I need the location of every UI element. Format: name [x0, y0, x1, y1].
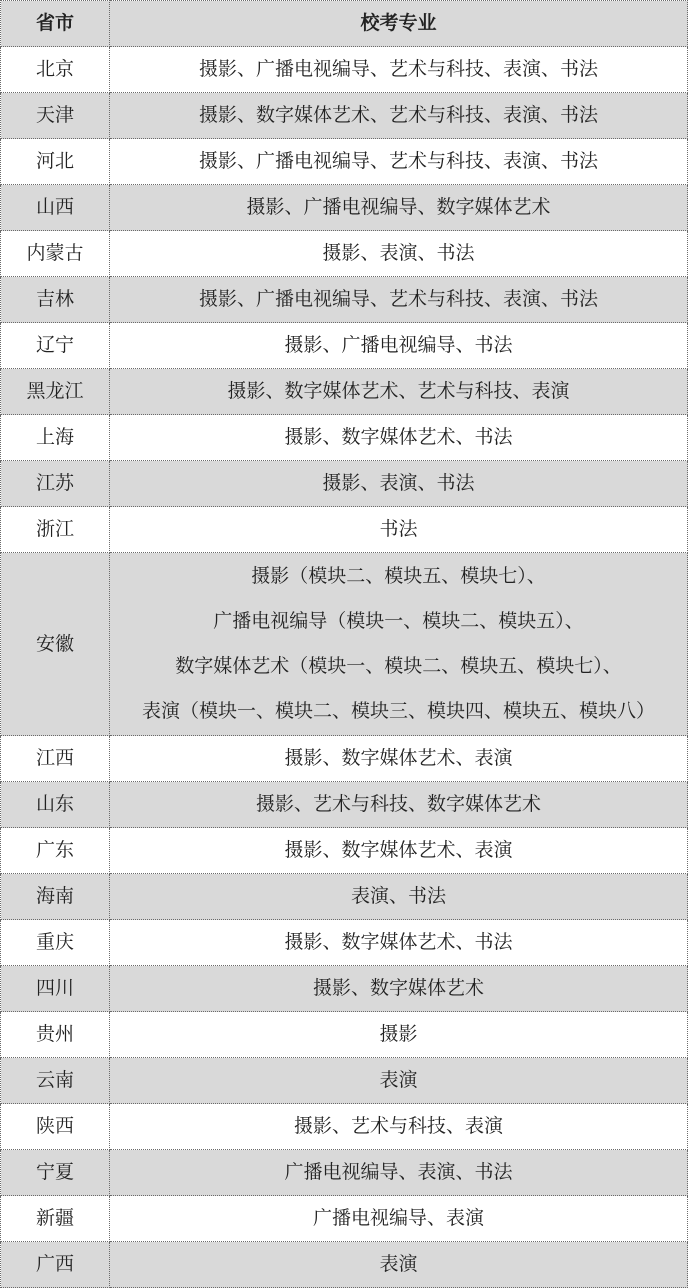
table-row: 山东 摄影、艺术与科技、数字媒体艺术 [1, 782, 688, 828]
table-row: 广西 表演 [1, 1242, 688, 1284]
table-row: 云南 表演 [1, 1058, 688, 1104]
table-row: 广东 摄影、数字媒体艺术、表演 [1, 828, 688, 874]
majors-cell: 摄影、数字媒体艺术、表演 [110, 736, 688, 782]
province-cell: 江西 [1, 736, 110, 782]
province-cell: 山东 [1, 782, 110, 828]
table-row: 吉林 摄影、广播电视编导、艺术与科技、表演、书法 [1, 277, 688, 323]
province-cell: 江苏 [1, 461, 110, 507]
majors-cell: 书法 [110, 507, 688, 553]
province-cell: 新疆 [1, 1196, 110, 1242]
province-cell: 陕西 [1, 1104, 110, 1150]
table-header-row: 省市 校考专业 [1, 1, 688, 47]
province-cell: 上海 [1, 415, 110, 461]
province-cell: 广西 [1, 1242, 110, 1284]
province-cell: 海南 [1, 874, 110, 920]
province-cell: 吉林 [1, 277, 110, 323]
table-row: 贵州 摄影 [1, 1012, 688, 1058]
province-cell: 辽宁 [1, 323, 110, 369]
province-majors-table: 省市 校考专业 北京 摄影、广播电视编导、艺术与科技、表演、书法 天津 摄影、数… [0, 0, 688, 1283]
majors-cell: 广播电视编导、表演、书法 [110, 1150, 688, 1196]
majors-cell: 摄影、广播电视编导、书法 [110, 323, 688, 369]
province-cell: 山西 [1, 185, 110, 231]
table-row: 上海 摄影、数字媒体艺术、书法 [1, 415, 688, 461]
province-cell: 安徽 [1, 553, 110, 736]
majors-cell: 摄影、广播电视编导、艺术与科技、表演、书法 [110, 277, 688, 323]
table-row: 江西 摄影、数字媒体艺术、表演 [1, 736, 688, 782]
province-cell: 天津 [1, 93, 110, 139]
province-cell: 内蒙古 [1, 231, 110, 277]
table-row: 重庆 摄影、数字媒体艺术、书法 [1, 920, 688, 966]
majors-cell: 摄影、数字媒体艺术、书法 [110, 415, 688, 461]
table-row: 陕西 摄影、艺术与科技、表演 [1, 1104, 688, 1150]
majors-cell: 摄影、表演、书法 [110, 461, 688, 507]
header-province: 省市 [1, 1, 110, 47]
table-row: 内蒙古 摄影、表演、书法 [1, 231, 688, 277]
province-cell: 四川 [1, 966, 110, 1012]
majors-cell: 摄影、广播电视编导、数字媒体艺术 [110, 185, 688, 231]
table-row: 浙江 书法 [1, 507, 688, 553]
majors-cell: 摄影 [110, 1012, 688, 1058]
table-row: 河北 摄影、广播电视编导、艺术与科技、表演、书法 [1, 139, 688, 185]
majors-cell: 表演 [110, 1058, 688, 1104]
majors-cell: 摄影、广播电视编导、艺术与科技、表演、书法 [110, 139, 688, 185]
province-cell: 宁夏 [1, 1150, 110, 1196]
table-row: 北京 摄影、广播电视编导、艺术与科技、表演、书法 [1, 47, 688, 93]
majors-cell: 摄影、表演、书法 [110, 231, 688, 277]
table-row: 宁夏 广播电视编导、表演、书法 [1, 1150, 688, 1196]
majors-cell: 摄影、数字媒体艺术 [110, 966, 688, 1012]
province-cell: 重庆 [1, 920, 110, 966]
majors-cell: 摄影、数字媒体艺术、表演 [110, 828, 688, 874]
majors-cell: 摄影、艺术与科技、数字媒体艺术 [110, 782, 688, 828]
table-row: 四川 摄影、数字媒体艺术 [1, 966, 688, 1012]
majors-line: 数字媒体艺术（模块一、模块二、模块五、模块七）、 [110, 644, 687, 689]
majors-cell: 摄影、数字媒体艺术、书法 [110, 920, 688, 966]
province-cell: 浙江 [1, 507, 110, 553]
majors-line: 广播电视编导（模块一、模块二、模块五）、 [110, 599, 687, 644]
table-row: 黑龙江 摄影、数字媒体艺术、艺术与科技、表演 [1, 369, 688, 415]
province-cell: 河北 [1, 139, 110, 185]
province-cell: 黑龙江 [1, 369, 110, 415]
table-row-anhui: 安徽 摄影（模块二、模块五、模块七）、 广播电视编导（模块一、模块二、模块五）、… [1, 553, 688, 736]
province-cell: 北京 [1, 47, 110, 93]
province-cell: 贵州 [1, 1012, 110, 1058]
majors-line: 摄影（模块二、模块五、模块七）、 [110, 554, 687, 599]
table-row: 辽宁 摄影、广播电视编导、书法 [1, 323, 688, 369]
majors-cell: 摄影、广播电视编导、艺术与科技、表演、书法 [110, 47, 688, 93]
majors-line: 表演（模块一、模块二、模块三、模块四、模块五、模块八） [110, 689, 687, 734]
table-row: 新疆 广播电视编导、表演 [1, 1196, 688, 1242]
table-row: 天津 摄影、数字媒体艺术、艺术与科技、表演、书法 [1, 93, 688, 139]
majors-cell: 表演 [110, 1242, 688, 1284]
majors-cell: 摄影、数字媒体艺术、艺术与科技、表演 [110, 369, 688, 415]
table-row: 山西 摄影、广播电视编导、数字媒体艺术 [1, 185, 688, 231]
table-row: 江苏 摄影、表演、书法 [1, 461, 688, 507]
majors-cell: 摄影、艺术与科技、表演 [110, 1104, 688, 1150]
majors-cell: 表演、书法 [110, 874, 688, 920]
province-cell: 广东 [1, 828, 110, 874]
table-row: 海南 表演、书法 [1, 874, 688, 920]
header-majors: 校考专业 [110, 1, 688, 47]
majors-cell: 广播电视编导、表演 [110, 1196, 688, 1242]
majors-cell-multiline: 摄影（模块二、模块五、模块七）、 广播电视编导（模块一、模块二、模块五）、 数字… [110, 553, 688, 736]
majors-cell: 摄影、数字媒体艺术、艺术与科技、表演、书法 [110, 93, 688, 139]
province-cell: 云南 [1, 1058, 110, 1104]
